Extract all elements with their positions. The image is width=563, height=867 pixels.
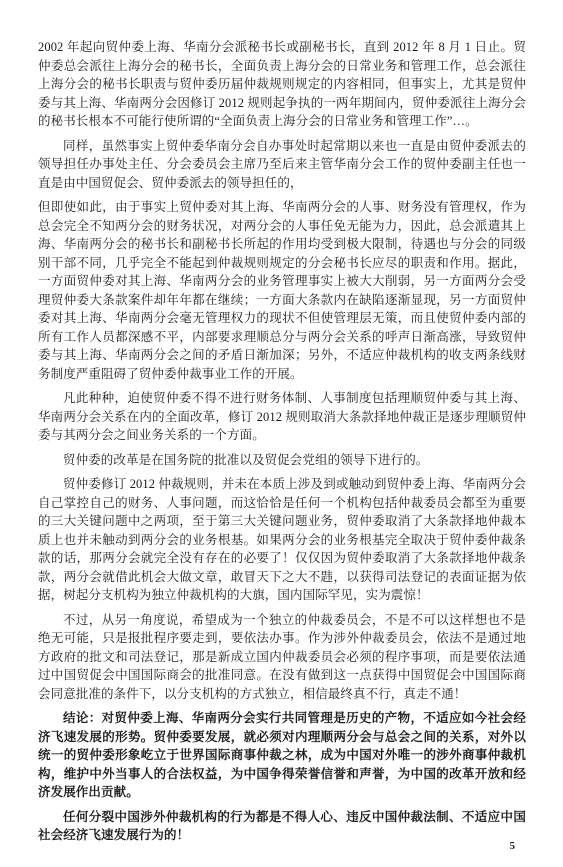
paragraph-buguo: 不过，从另一角度说，希望成为一个独立的仲裁委员会，不是不可以这样想也不是绝无可能… (38, 611, 526, 704)
paragraph-fanci: 凡此种种，迫使贸仲委不得不进行财务体制、人事制度包括理顺贸仲委与其上海、华南两分… (38, 389, 526, 445)
paragraph-danjishi: 但即使如此，由于事实上贸仲委对其上海、华南两分会的人事、财务没有管理权，作为总会… (38, 198, 526, 383)
paragraph-continuation: 2002 年起向贸仲委上海、华南分会派秘书长或副秘书长，直到 2012 年 8 … (38, 38, 526, 131)
paragraph-conclusion: 结论：对贸仲委上海、华南两分会实行共同管理是历史的产物，不适应如今社会经济飞速发… (38, 709, 526, 802)
document-body: 2002 年起向贸仲委上海、华南分会派秘书长或副秘书长，直到 2012 年 8 … (38, 38, 526, 845)
document-page: 2002 年起向贸仲委上海、华南分会派秘书长或副秘书长，直到 2012 年 8 … (0, 0, 563, 867)
paragraph-final-statement: 任何分裂中国涉外仲裁机构的行为都是不得人心、违反中国仲裁法制、不适应中国社会经济… (38, 808, 526, 845)
paragraph-tongyang: 同样，虽然事实上贸仲委华南分会自办事处时起常期以来也一直是由贸仲委派去的领导担任… (38, 137, 526, 193)
paragraph-xiuding: 贸仲委修订 2012 仲裁规则，并未在本质上涉及到或触动到贸仲委上海、华南两分会… (38, 475, 526, 605)
paragraph-gaige: 贸仲委的改革是在国务院的批准以及贸促会党组的领导下进行的。 (38, 451, 526, 470)
page-number: 5 (510, 840, 516, 852)
